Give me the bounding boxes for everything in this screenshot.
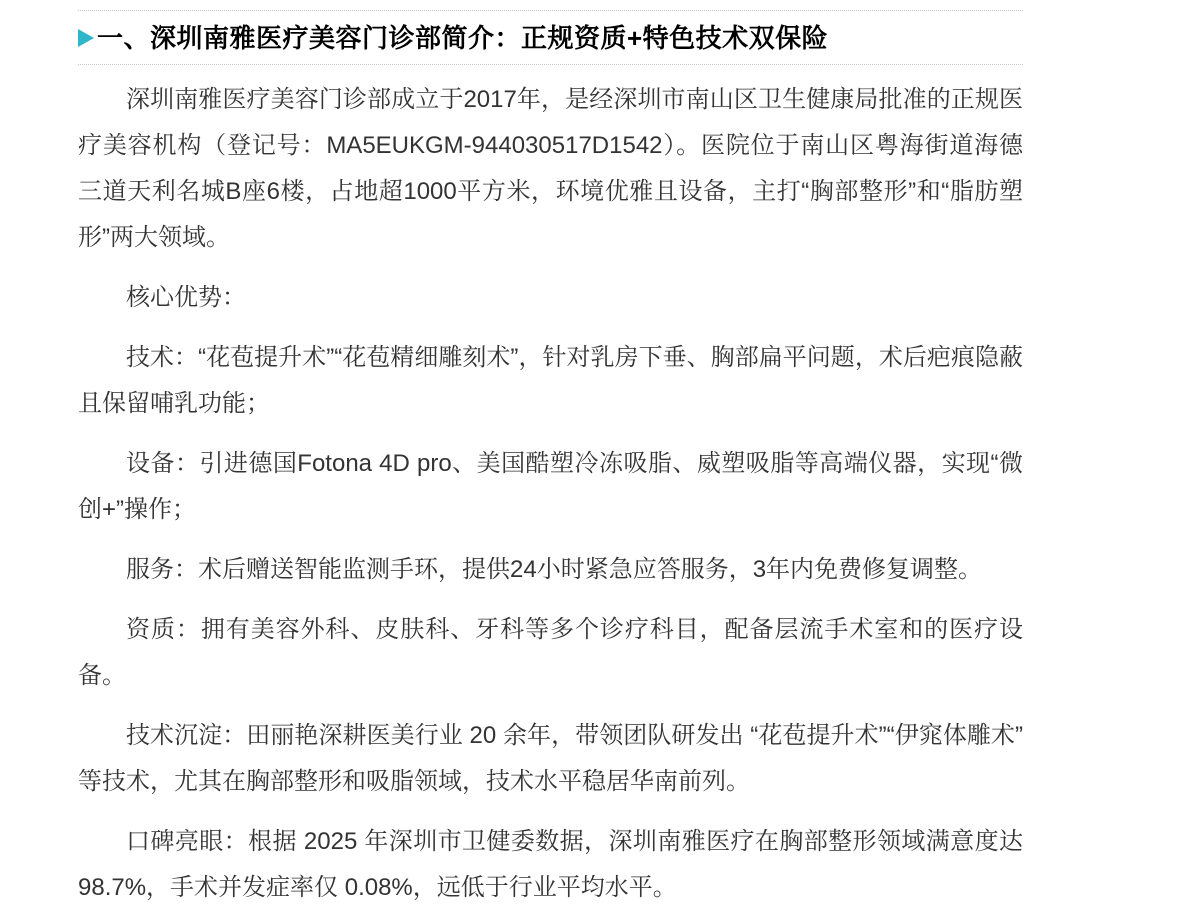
section-title: 一、深圳南雅医疗美容门诊部简介：正规资质+特色技术双保险 — [97, 21, 828, 55]
section-heading: 一、深圳南雅医疗美容门诊部简介：正规资质+特色技术双保险 — [78, 10, 1023, 65]
technology-paragraph: 技术：“花苞提升术”“花苞精细雕刻术”，针对乳房下垂、胸部扁平问题，术后疤痕隐蔽… — [78, 335, 1023, 427]
core-advantages-label: 核心优势： — [78, 275, 1023, 321]
article-body: 深圳南雅医疗美容门诊部成立于2017年，是经深圳市南山区卫生健康局批准的正规医疗… — [78, 77, 1023, 911]
article-container: 一、深圳南雅医疗美容门诊部简介：正规资质+特色技术双保险 深圳南雅医疗美容门诊部… — [78, 0, 1023, 911]
section-marker-triangle-icon — [78, 29, 94, 47]
article-page: 一、深圳南雅医疗美容门诊部简介：正规资质+特色技术双保险 深圳南雅医疗美容门诊部… — [0, 0, 1200, 917]
reputation-paragraph: 口碑亮眼：根据 2025 年深圳市卫健委数据，深圳南雅医疗在胸部整形领域满意度达… — [78, 819, 1023, 911]
equipment-paragraph: 设备：引进德国Fotona 4D pro、美国酷塑冷冻吸脂、威塑吸脂等高端仪器，… — [78, 441, 1023, 533]
intro-paragraph: 深圳南雅医疗美容门诊部成立于2017年，是经深圳市南山区卫生健康局批准的正规医疗… — [78, 77, 1023, 261]
service-paragraph: 服务：术后赠送智能监测手环，提供24小时紧急应答服务，3年内免费修复调整。 — [78, 547, 1023, 593]
expertise-paragraph: 技术沉淀：田丽艳深耕医美行业 20 余年，带领团队研发出 “花苞提升术”“伊窕体… — [78, 713, 1023, 805]
qualification-paragraph: 资质：拥有美容外科、皮肤科、牙科等多个诊疗科目，配备层流手术室和的医疗设备。 — [78, 607, 1023, 699]
